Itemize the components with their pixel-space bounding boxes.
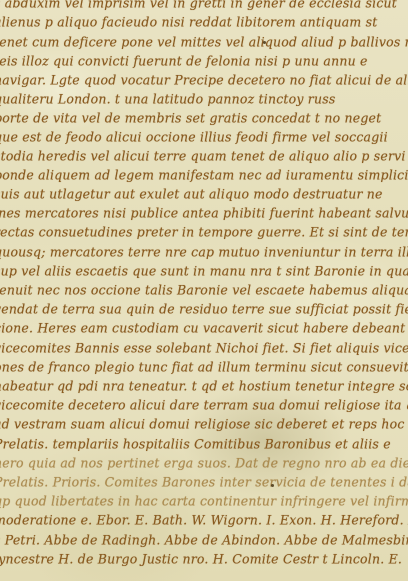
ink-spot [263,41,266,44]
ink-spot [271,484,274,487]
manuscript-line: sup vel aliis escaetis que sunt in manu … [0,263,408,279]
manuscript-line: teis illoz qui convicti fuerunt de felon… [0,53,368,69]
manuscript-line: alienus p aliquo facieudo nisi reddat li… [0,14,377,30]
manuscript-line: rectas consuetudines preter in tempore g… [0,224,408,240]
manuscript-line: lyncestre H. de Burgo Justic nro. H. Com… [0,551,402,567]
manuscript-line: Prelatis. templariis hospitaliis Comitib… [0,436,391,452]
manuscript-line: ponde aliquem ad legem manifestam nec ad… [0,167,408,183]
manuscript-line: vicecomite decetero alicui dare terram s… [0,397,408,413]
manuscript-line: s abduxim vel imprisim vel in gretti in … [0,0,397,11]
manuscript-line: nero quia ad nos pertinet erga suos. Dat… [0,455,408,471]
manuscript-line: Prelatis. Prioris. Comites Barones inter… [0,474,408,490]
manuscript-line: vicecomites Bannis esse solebant Nichoi … [0,340,408,356]
manuscript-line: habeatur qd pdi nra teneatur. t qd et ho… [0,378,408,394]
manuscript-line: tenuit nec nos occione talis Baronie vel… [0,282,408,298]
manuscript-line: navigar. Lgte quod vocatur Precipe decet… [0,72,408,88]
manuscript-line: cione. Heres eam custodiam cu vacaverit … [0,320,408,336]
manuscript-line: stodia heredis vel alicui terre quam ten… [0,148,406,164]
manuscript-line: que est de feodo alicui occione illius f… [0,129,388,145]
manuscript-line: quousq; mercatores terre nre cap mutuo i… [0,244,408,260]
manuscript-line: vendat de terra sua quin de residuo terr… [0,301,408,317]
manuscript-line: suis aut utlagetur aut exulet aut aliquo… [0,186,383,202]
manuscript-line: porte de vita vel de membris set gratis … [0,110,381,126]
manuscript-line: qualiteru London. t una latitudo pannoz … [0,91,335,107]
manuscript-parchment: s abduxim vel imprisim vel in gretti in … [0,0,408,581]
manuscript-line: moderatione e. Ebor. E. Bath. W. Wigorn.… [0,512,408,528]
manuscript-line: ones de franco plegio tunc fiat ad illum… [0,359,408,375]
manuscript-line: ines mercatores nisi publice antea phibi… [0,205,408,221]
manuscript-line: tenet cum deficere pone vel mittes vel a… [0,34,408,50]
manuscript-line: s Petri. Abbe de Radingh. Abbe de Abindo… [0,532,408,548]
manuscript-line: ad vestram suam alicui domui religiose s… [0,416,408,432]
manuscript-line: qp quod libertates in hac carta continen… [0,493,408,509]
